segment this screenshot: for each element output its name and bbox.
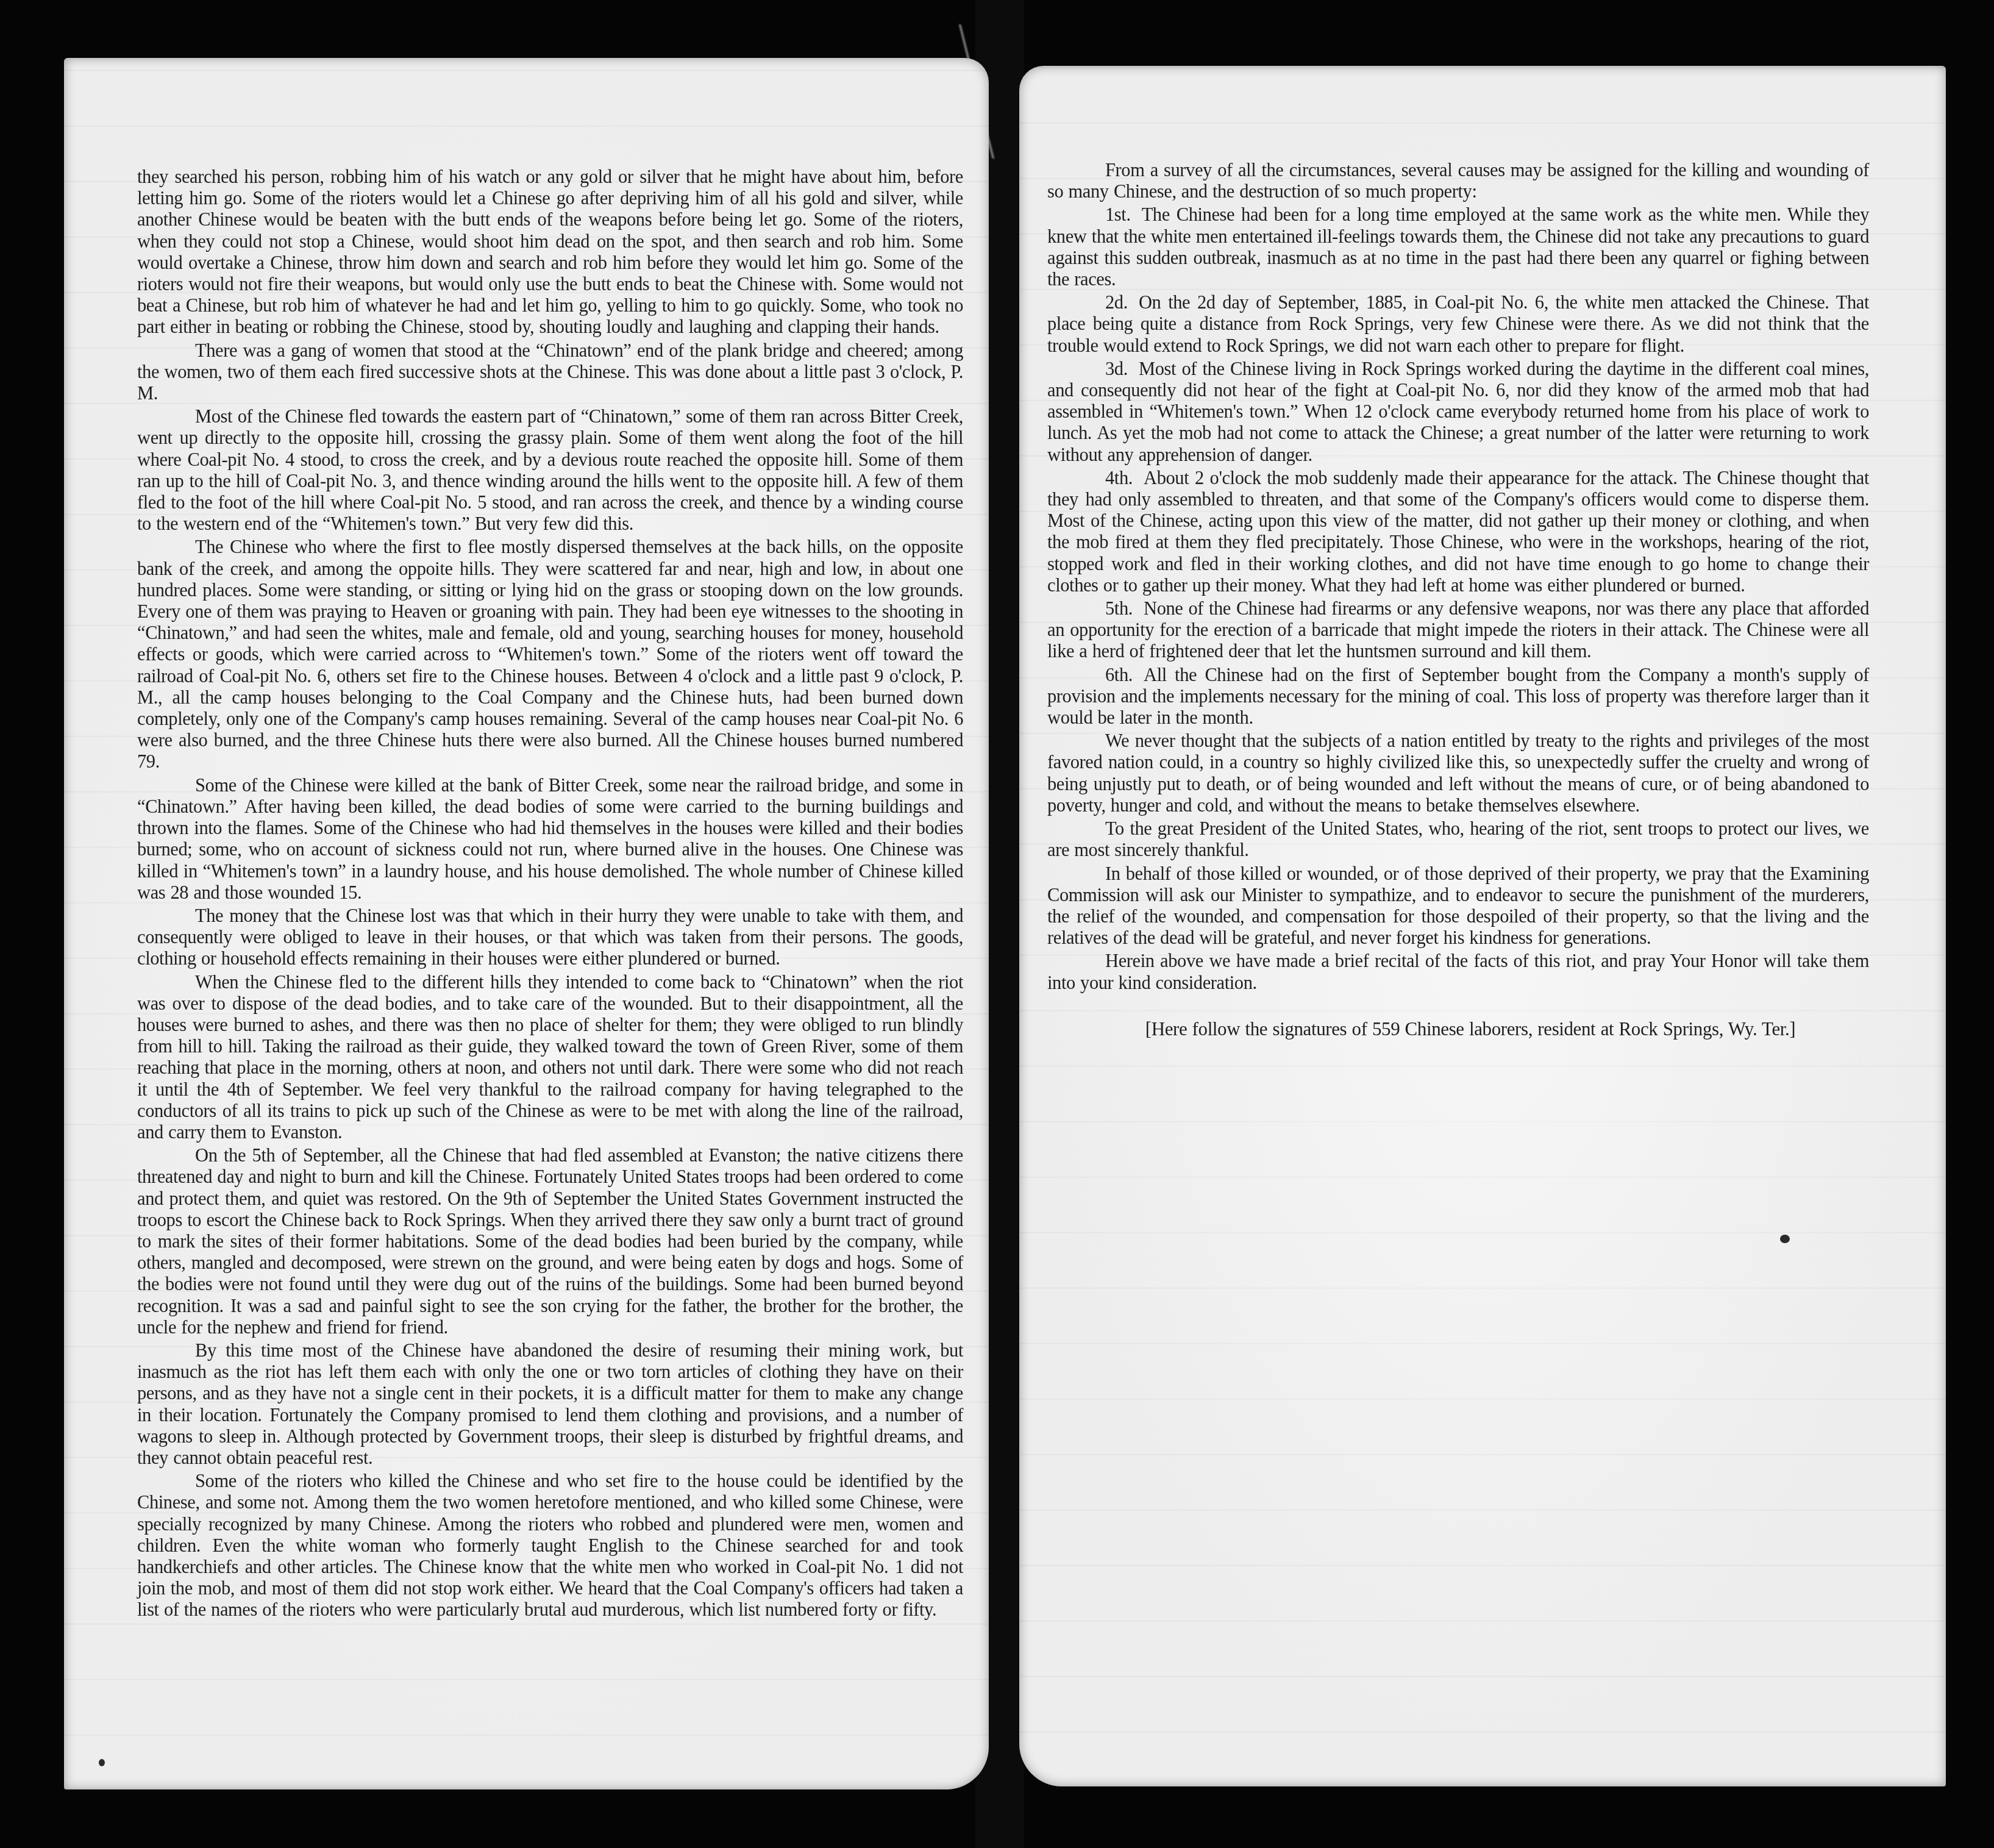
paragraph-text: Herein above we have made a brief recita… [1047, 951, 1869, 993]
numbered-cause: 1st.The Chinese had been for a long time… [1047, 204, 1869, 290]
paragraph: they searched his person, robbing him of… [137, 166, 963, 338]
numbered-cause: 2d.On the 2d day of September, 1885, in … [1047, 292, 1869, 357]
paragraph: Most of the Chinese fled towards the eas… [137, 406, 963, 535]
cause-number: 5th. [1105, 598, 1133, 619]
paragraph: By this time most of the Chinese have ab… [137, 1340, 963, 1469]
cause-text: All the Chinese had on the first of Sept… [1047, 665, 1869, 728]
numbered-cause: 6th.All the Chinese had on the first of … [1047, 665, 1869, 729]
paragraph: We never thought that the subjects of a … [1047, 730, 1869, 816]
cause-text: About 2 o'clock the mob suddenly made th… [1047, 468, 1869, 596]
cause-text: The Chinese had been for a long time emp… [1047, 204, 1869, 290]
paragraph: Some of the rioters who killed the Chine… [137, 1471, 963, 1621]
paragraph: There was a gang of women that stood at … [137, 340, 963, 405]
cause-number: 3d. [1105, 359, 1128, 379]
paragraph: The Chinese who where the first to flee … [137, 537, 963, 772]
cause-text: Most of the Chinese living in Rock Sprin… [1047, 359, 1869, 465]
cause-text: On the 2d day of September, 1885, in Coa… [1047, 292, 1869, 355]
cause-text: None of the Chinese had firearms or any … [1047, 598, 1869, 662]
paragraph: The money that the Chinese lost was that… [137, 905, 963, 970]
right-page-text: From a survey of all the circumstances, … [1047, 160, 1869, 1058]
left-page-text: they searched his person, robbing him of… [137, 166, 963, 1623]
ink-spot [1780, 1235, 1790, 1243]
paragraph-text: To the great President of the United Sta… [1047, 818, 1869, 860]
signature-note: [Here follow the signatures of 559 Chine… [1047, 1018, 1869, 1040]
numbered-cause: 5th.None of the Chinese had firearms or … [1047, 598, 1869, 663]
paragraph-text: We never thought that the subjects of a … [1047, 730, 1869, 816]
paragraph: On the 5th of September, all the Chinese… [137, 1145, 963, 1338]
paragraph: When the Chinese fled to the different h… [137, 972, 963, 1144]
cause-number: 6th. [1105, 665, 1133, 685]
paragraph: Herein above we have made a brief recita… [1047, 951, 1869, 993]
paragraph: Some of the Chinese were killed at the b… [137, 775, 963, 904]
paragraph: In behalf of those killed or wounded, or… [1047, 863, 1869, 949]
paragraph-text: From a survey of all the circumstances, … [1047, 160, 1869, 202]
paragraph: From a survey of all the circumstances, … [1047, 160, 1869, 202]
cause-number: 2d. [1105, 292, 1128, 313]
paragraph: To the great President of the United Sta… [1047, 818, 1869, 861]
numbered-cause: 4th.About 2 o'clock the mob suddenly mad… [1047, 468, 1869, 596]
ink-spot [99, 1759, 105, 1766]
cause-number: 1st. [1105, 204, 1131, 225]
numbered-cause: 3d.Most of the Chinese living in Rock Sp… [1047, 359, 1869, 466]
paragraph-text: In behalf of those killed or wounded, or… [1047, 863, 1869, 949]
cause-number: 4th. [1105, 468, 1133, 488]
